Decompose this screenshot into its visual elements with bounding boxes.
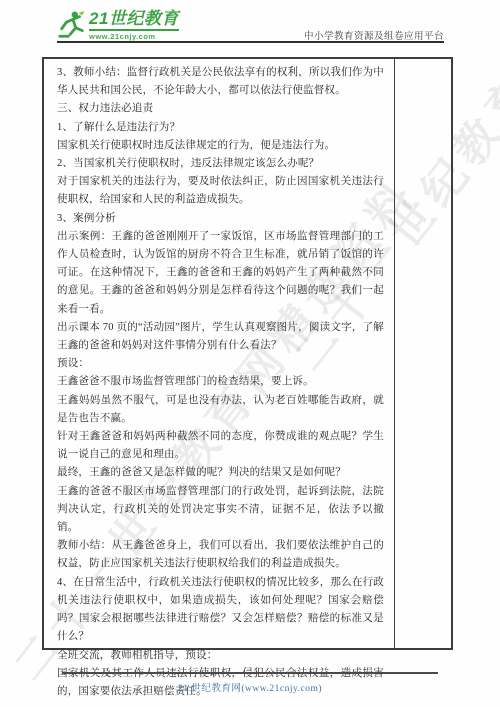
lesson-paragraph: 全班交流，教师相机指导，预设： — [57, 647, 384, 665]
lesson-paragraph: 针对王鑫爸爸和妈妈两种截然不同的态度，你赞成谁的观点呢？学生说一说自己的意见和理… — [57, 428, 384, 464]
brand-name: 21世纪教育 — [89, 10, 179, 28]
lesson-paragraph: 预设： — [57, 355, 384, 373]
lesson-paragraph: 出示案例：王鑫的爸爸刚刚开了一家饭馆，区市场监督管理部门的工作人员检查时，认为饭… — [57, 228, 384, 319]
page-header: 21世纪教育 www.21cnjy.com 中小学教育资源及组卷应用平台 — [0, 0, 500, 45]
header-divider — [57, 41, 444, 43]
footer-site-credit: 21 世纪教育网(www.21cnjy.com) — [0, 680, 500, 694]
lesson-paragraph: 最终，王鑫的爸爸又是怎样做的呢？判决的结果又是如何呢？ — [57, 464, 384, 482]
lesson-plan-table: 3、教师小结：监督行政机关是公民依法享有的权利，所以我们作为中华人民共和国公民，… — [42, 57, 453, 650]
lesson-paragraph: 王鑫爸爸不服市场监督管理部门的检查结果，要上诉。 — [57, 373, 384, 391]
lesson-paragraph: 3、教师小结：监督行政机关是公民依法享有的权利，所以我们作为中华人民共和国公民，… — [57, 64, 384, 100]
lesson-content-cell: 3、教师小结：监督行政机关是公民依法享有的权利，所以我们作为中华人民共和国公民，… — [44, 59, 395, 648]
brand-logo: 21世纪教育 www.21cnjy.com — [57, 10, 179, 41]
runner-icon — [57, 10, 87, 40]
lesson-paragraph: 王鑫妈妈虽然不服气，可是也没有办法，认为老百姓哪能告政府，就是告也告不赢。 — [57, 392, 384, 428]
platform-tagline: 中小学教育资源及组卷应用平台 — [304, 28, 444, 42]
lesson-paragraph: 1、了解什么是违法行为？ — [57, 119, 384, 137]
lesson-paragraph: 4、在日常生活中，行政机关违法行使职权的情况比较多，那么在行政机关违法行使职权中… — [57, 574, 384, 647]
document-page: 二十一世纪教育网精选资料 二十一世纪教育网精选资料 21世纪教育 www.21c… — [0, 0, 500, 707]
logo-text: 21世纪教育 www.21cnjy.com — [89, 10, 179, 41]
page-footer: 21 世纪教育网(www.21cnjy.com) — [0, 672, 500, 707]
lesson-paragraph: 2、当国家机关行使职权时，违反法律规定该怎么办呢？ — [57, 155, 384, 173]
lesson-paragraph: 三、权力违法必追责 — [57, 100, 384, 118]
lesson-paragraph: 出示课本 70 页的“活动园”图片，学生认真观察图片，阅读文字，了解王鑫的爸爸和… — [57, 319, 384, 355]
lesson-paragraph: 3、案例分析 — [57, 210, 384, 228]
lesson-paragraph: 对于国家机关的违法行为，要及时依法纠正，防止因国家机关违法行使职权，给国家和人民… — [57, 173, 384, 209]
lesson-paragraph: 王鑫的爸爸不服区市场监督管理部门的行政处罚，起诉到法院，法院判决认定，行政机关的… — [57, 483, 384, 538]
notes-cell — [395, 59, 451, 648]
lesson-paragraph: 教师小结：从王鑫爸爸身上，我们可以看出，我们要依法维护自己的权益，防止应国家机关… — [57, 537, 384, 573]
lesson-paragraph: 国家机关行使职权时违反法律规定的行为，便是违法行为。 — [57, 137, 384, 155]
brand-website: www.21cnjy.com — [89, 29, 179, 41]
footer-divider — [62, 672, 438, 674]
